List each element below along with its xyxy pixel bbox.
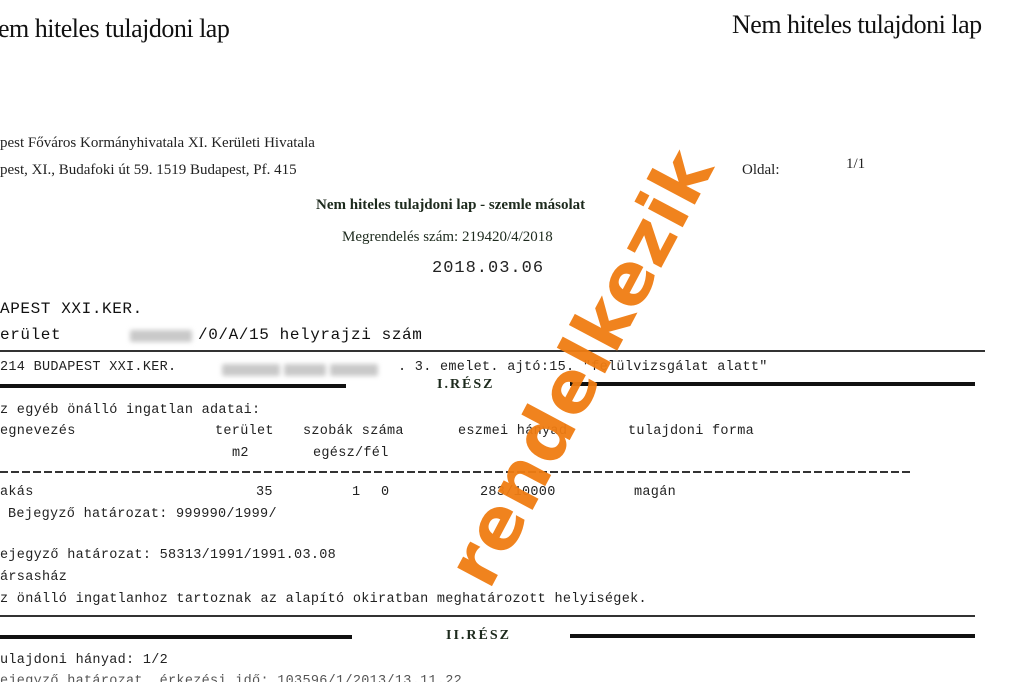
resolution-2: ejegyző határozat: 58313/1991/1991.03.08 [0, 548, 336, 563]
office-address: pest, XI., Budafoki út 59. 1519 Budapest… [0, 162, 297, 179]
rule-line [0, 350, 985, 352]
section-rule-left [0, 635, 352, 639]
district: APEST XXI.KER. [0, 300, 143, 318]
column-subheader-rooms: egész/fél [313, 446, 389, 461]
page-value: 1/1 [846, 156, 865, 173]
section-rule-right [570, 382, 975, 386]
section-rule-right [570, 634, 975, 638]
part1-note: z önálló ingatlanhoz tartoznak az alapít… [0, 592, 647, 607]
part2-heading: II.RÉSZ [446, 628, 511, 644]
part2-partial-line: ejegyző határozat, érkezési idő: 103596/… [0, 674, 462, 682]
rule-line [0, 615, 975, 617]
column-header-ownership: tulajdoni forma [628, 424, 754, 439]
part1-heading: I.RÉSZ [437, 377, 495, 393]
column-subheader-area-unit: m2 [232, 446, 249, 461]
row-area: 35 [256, 485, 273, 500]
parcel-label: erület [0, 326, 61, 344]
office-name: pest Főváros Kormányhivatala XI. Kerület… [0, 135, 315, 152]
column-header-rooms: szobák száma [303, 424, 404, 439]
page-header-left-title: em hiteles tulajdoni lap [0, 14, 229, 44]
redacted-parcel-number [130, 327, 192, 345]
page-header-right-title: Nem hiteles tulajdoni lap [732, 10, 982, 40]
page-label: Oldal: [742, 162, 780, 179]
row-ownership: magán [634, 485, 676, 500]
column-header-name: egnevezés [0, 424, 76, 439]
document-date: 2018.03.06 [432, 259, 544, 278]
order-number: Megrendelés szám: 219420/4/2018 [342, 229, 553, 246]
redacted-street-address [222, 361, 378, 379]
ownership-share: ulajdoni hányad: 1/2 [0, 653, 168, 668]
part1-intro: z egyéb önálló ingatlan adatai: [0, 403, 260, 418]
dashed-separator [0, 471, 910, 473]
column-header-area: terület [215, 424, 274, 439]
address-prefix: 214 BUDAPEST XXI.KER. [0, 360, 176, 375]
condominium-label: ársasház [0, 570, 67, 585]
section-rule-left [0, 384, 346, 388]
resolution-1: Bejegyző határozat: 999990/1999/ [8, 507, 277, 522]
parcel-suffix: /0/A/15 helyrajzi szám [198, 326, 422, 344]
row-name: akás [0, 485, 34, 500]
row-rooms-half: 0 [381, 485, 389, 500]
row-rooms-whole: 1 [352, 485, 360, 500]
document-title: Nem hiteles tulajdoni lap - szemle másol… [316, 197, 585, 214]
